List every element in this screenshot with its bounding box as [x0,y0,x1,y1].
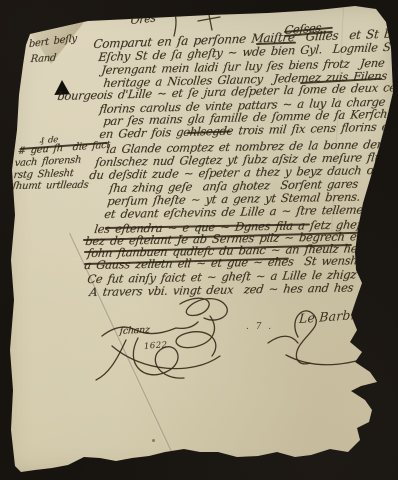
cross-mark [196,8,222,32]
manuscript-line: Rand [30,54,56,65]
signature-date: 1622 [144,340,168,352]
manuscript-line: ſhumt urtlleads [12,181,89,192]
signature-flourish-right [266,291,396,376]
manuscript-line: ſchanz [119,325,150,336]
photo-scene: Ores Ceſses 1622 . 7 . [0,0,398,480]
docket-word: Ores [130,12,156,26]
handwriting-layer: Ores Ceſses 1622 . 7 . [0,0,398,480]
docket-flourish [160,2,184,38]
manuscript-line: bert beſly [29,34,77,50]
manuscript-paper: Ores Ceſses 1622 . 7 . [0,0,398,480]
